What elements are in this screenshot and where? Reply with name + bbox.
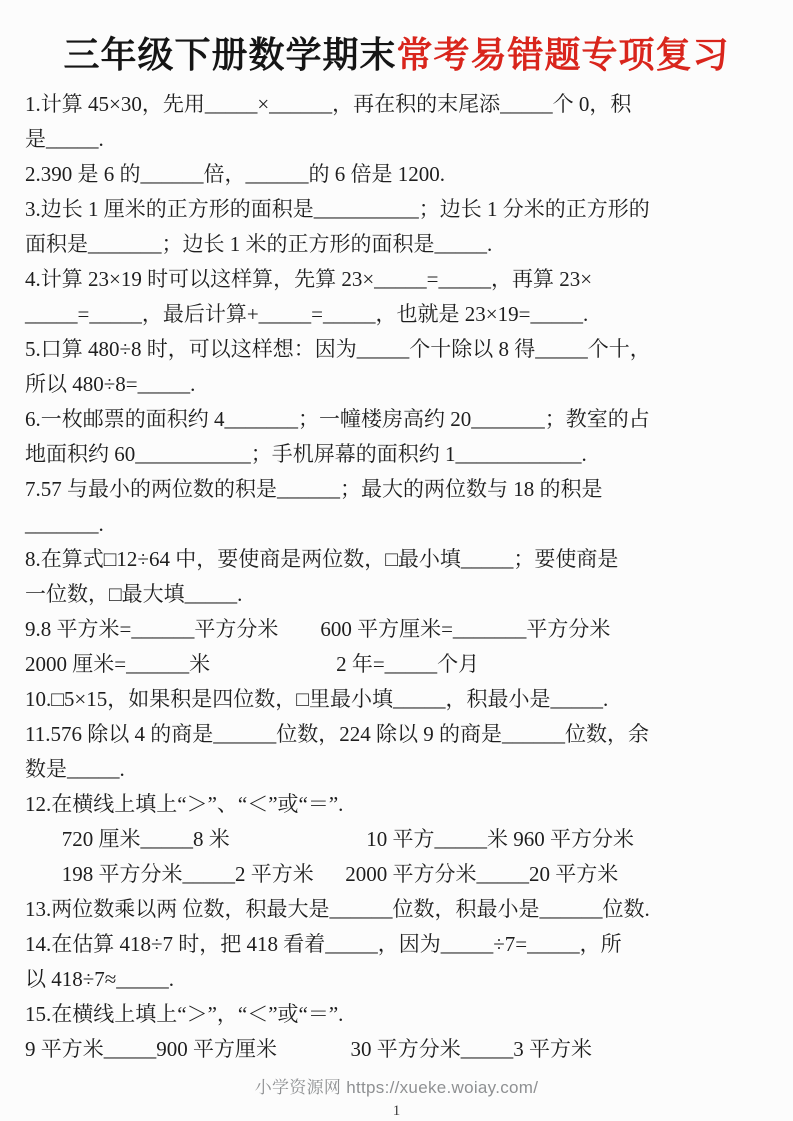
page-title: 三年级下册数学期末常考易错题专项复习	[0, 0, 793, 78]
question-15: 15.在横线上填上“＞”，“＜”或“＝”.9 平方米_____900 平方厘米 …	[25, 997, 775, 1067]
question-10: 10.□5×15，如果积是四位数，□里最小填_____，积最小是_____.	[25, 682, 775, 717]
question-line: 1.计算 45×30，先用_____×______，再在积的末尾添_____个 …	[25, 87, 775, 122]
question-line: 面积是_______；边长 1 米的正方形的面积是_____.	[25, 227, 775, 262]
question-line: _____=_____，最后计算+_____=_____，也就是 23×19=_…	[25, 297, 775, 332]
questions: 1.计算 45×30，先用_____×______，再在积的末尾添_____个 …	[0, 87, 793, 1067]
question-13: 13.两位数乘以两 位数，积最大是______位数，积最小是______位数.	[25, 892, 775, 927]
question-line: 是_____.	[25, 122, 775, 157]
question-line: 所以 480÷8=_____.	[25, 367, 775, 402]
question-line: 9 平方米_____900 平方厘米 30 平方分米_____3 平方米	[25, 1032, 775, 1067]
question-line: 5.口算 480÷8 时，可以这样想：因为_____个十除以 8 得_____个…	[25, 332, 775, 367]
question-line: 7.57 与最小的两位数的积是______；最大的两位数与 18 的积是	[25, 472, 775, 507]
question-5: 5.口算 480÷8 时，可以这样想：因为_____个十除以 8 得_____个…	[25, 332, 775, 402]
question-14: 14.在估算 418÷7 时，把 418 看着_____，因为_____÷7=_…	[25, 927, 775, 997]
question-line: 6.一枚邮票的面积约 4_______；一幢楼房高约 20_______；教室的…	[25, 402, 775, 437]
question-line: 14.在估算 418÷7 时，把 418 看着_____，因为_____÷7=_…	[25, 927, 775, 962]
question-line: 2000 厘米=______米 2 年=_____个月	[25, 647, 775, 682]
question-line: 15.在横线上填上“＞”，“＜”或“＝”.	[25, 997, 775, 1032]
page-title-black-part: 三年级下册数学期末	[63, 34, 396, 75]
question-2: 2.390 是 6 的______倍，______的 6 倍是 1200.	[25, 157, 775, 192]
page-title-red-part: 常考易错题专项复习	[397, 34, 730, 75]
question-line: 11.576 除以 4 的商是______位数，224 除以 9 的商是____…	[25, 717, 775, 752]
question-8: 8.在算式□12÷64 中，要使商是两位数，□最小填_____；要使商是一位数，…	[25, 542, 775, 612]
question-line: _______.	[25, 507, 775, 542]
worksheet-page: 三年级下册数学期末常考易错题专项复习 1.计算 45×30，先用_____×__…	[0, 0, 793, 1121]
question-11: 11.576 除以 4 的商是______位数，224 除以 9 的商是____…	[25, 717, 775, 787]
question-6: 6.一枚邮票的面积约 4_______；一幢楼房高约 20_______；教室的…	[25, 402, 775, 472]
question-line: 198 平方分米_____2 平方米 2000 平方分米_____20 平方米	[25, 857, 775, 892]
question-7: 7.57 与最小的两位数的积是______；最大的两位数与 18 的积是____…	[25, 472, 775, 542]
question-line: 一位数，□最大填_____.	[25, 577, 775, 612]
question-4: 4.计算 23×19 时可以这样算，先算 23×_____=_____，再算 2…	[25, 262, 775, 332]
question-line: 9.8 平方米=______平方分米 600 平方厘米=_______平方分米	[25, 612, 775, 647]
question-line: 720 厘米_____8 米 10 平方_____米 960 平方分米	[25, 822, 775, 857]
footer-site-credit: 小学资源网 https://xueke.woiay.com/	[0, 1073, 793, 1098]
question-line: 4.计算 23×19 时可以这样算，先算 23×_____=_____，再算 2…	[25, 262, 775, 297]
question-line: 以 418÷7≈_____.	[25, 962, 775, 997]
page-number: 1	[0, 1103, 793, 1120]
question-12: 12.在横线上填上“＞”、“＜”或“＝”. 720 厘米_____8 米 10 …	[25, 787, 775, 892]
question-line: 10.□5×15，如果积是四位数，□里最小填_____，积最小是_____.	[25, 682, 775, 717]
question-line: 数是_____.	[25, 752, 775, 787]
question-3: 3.边长 1 厘米的正方形的面积是__________；边长 1 分米的正方形的…	[25, 192, 775, 262]
question-1: 1.计算 45×30，先用_____×______，再在积的末尾添_____个 …	[25, 87, 775, 157]
question-line: 8.在算式□12÷64 中，要使商是两位数，□最小填_____；要使商是	[25, 542, 775, 577]
question-line: 3.边长 1 厘米的正方形的面积是__________；边长 1 分米的正方形的	[25, 192, 775, 227]
question-line: 12.在横线上填上“＞”、“＜”或“＝”.	[25, 787, 775, 822]
question-9: 9.8 平方米=______平方分米 600 平方厘米=_______平方分米2…	[25, 612, 775, 682]
question-line: 13.两位数乘以两 位数，积最大是______位数，积最小是______位数.	[25, 892, 775, 927]
question-line: 2.390 是 6 的______倍，______的 6 倍是 1200.	[25, 157, 775, 192]
question-line: 地面积约 60___________；手机屏幕的面积约 1___________…	[25, 437, 775, 472]
